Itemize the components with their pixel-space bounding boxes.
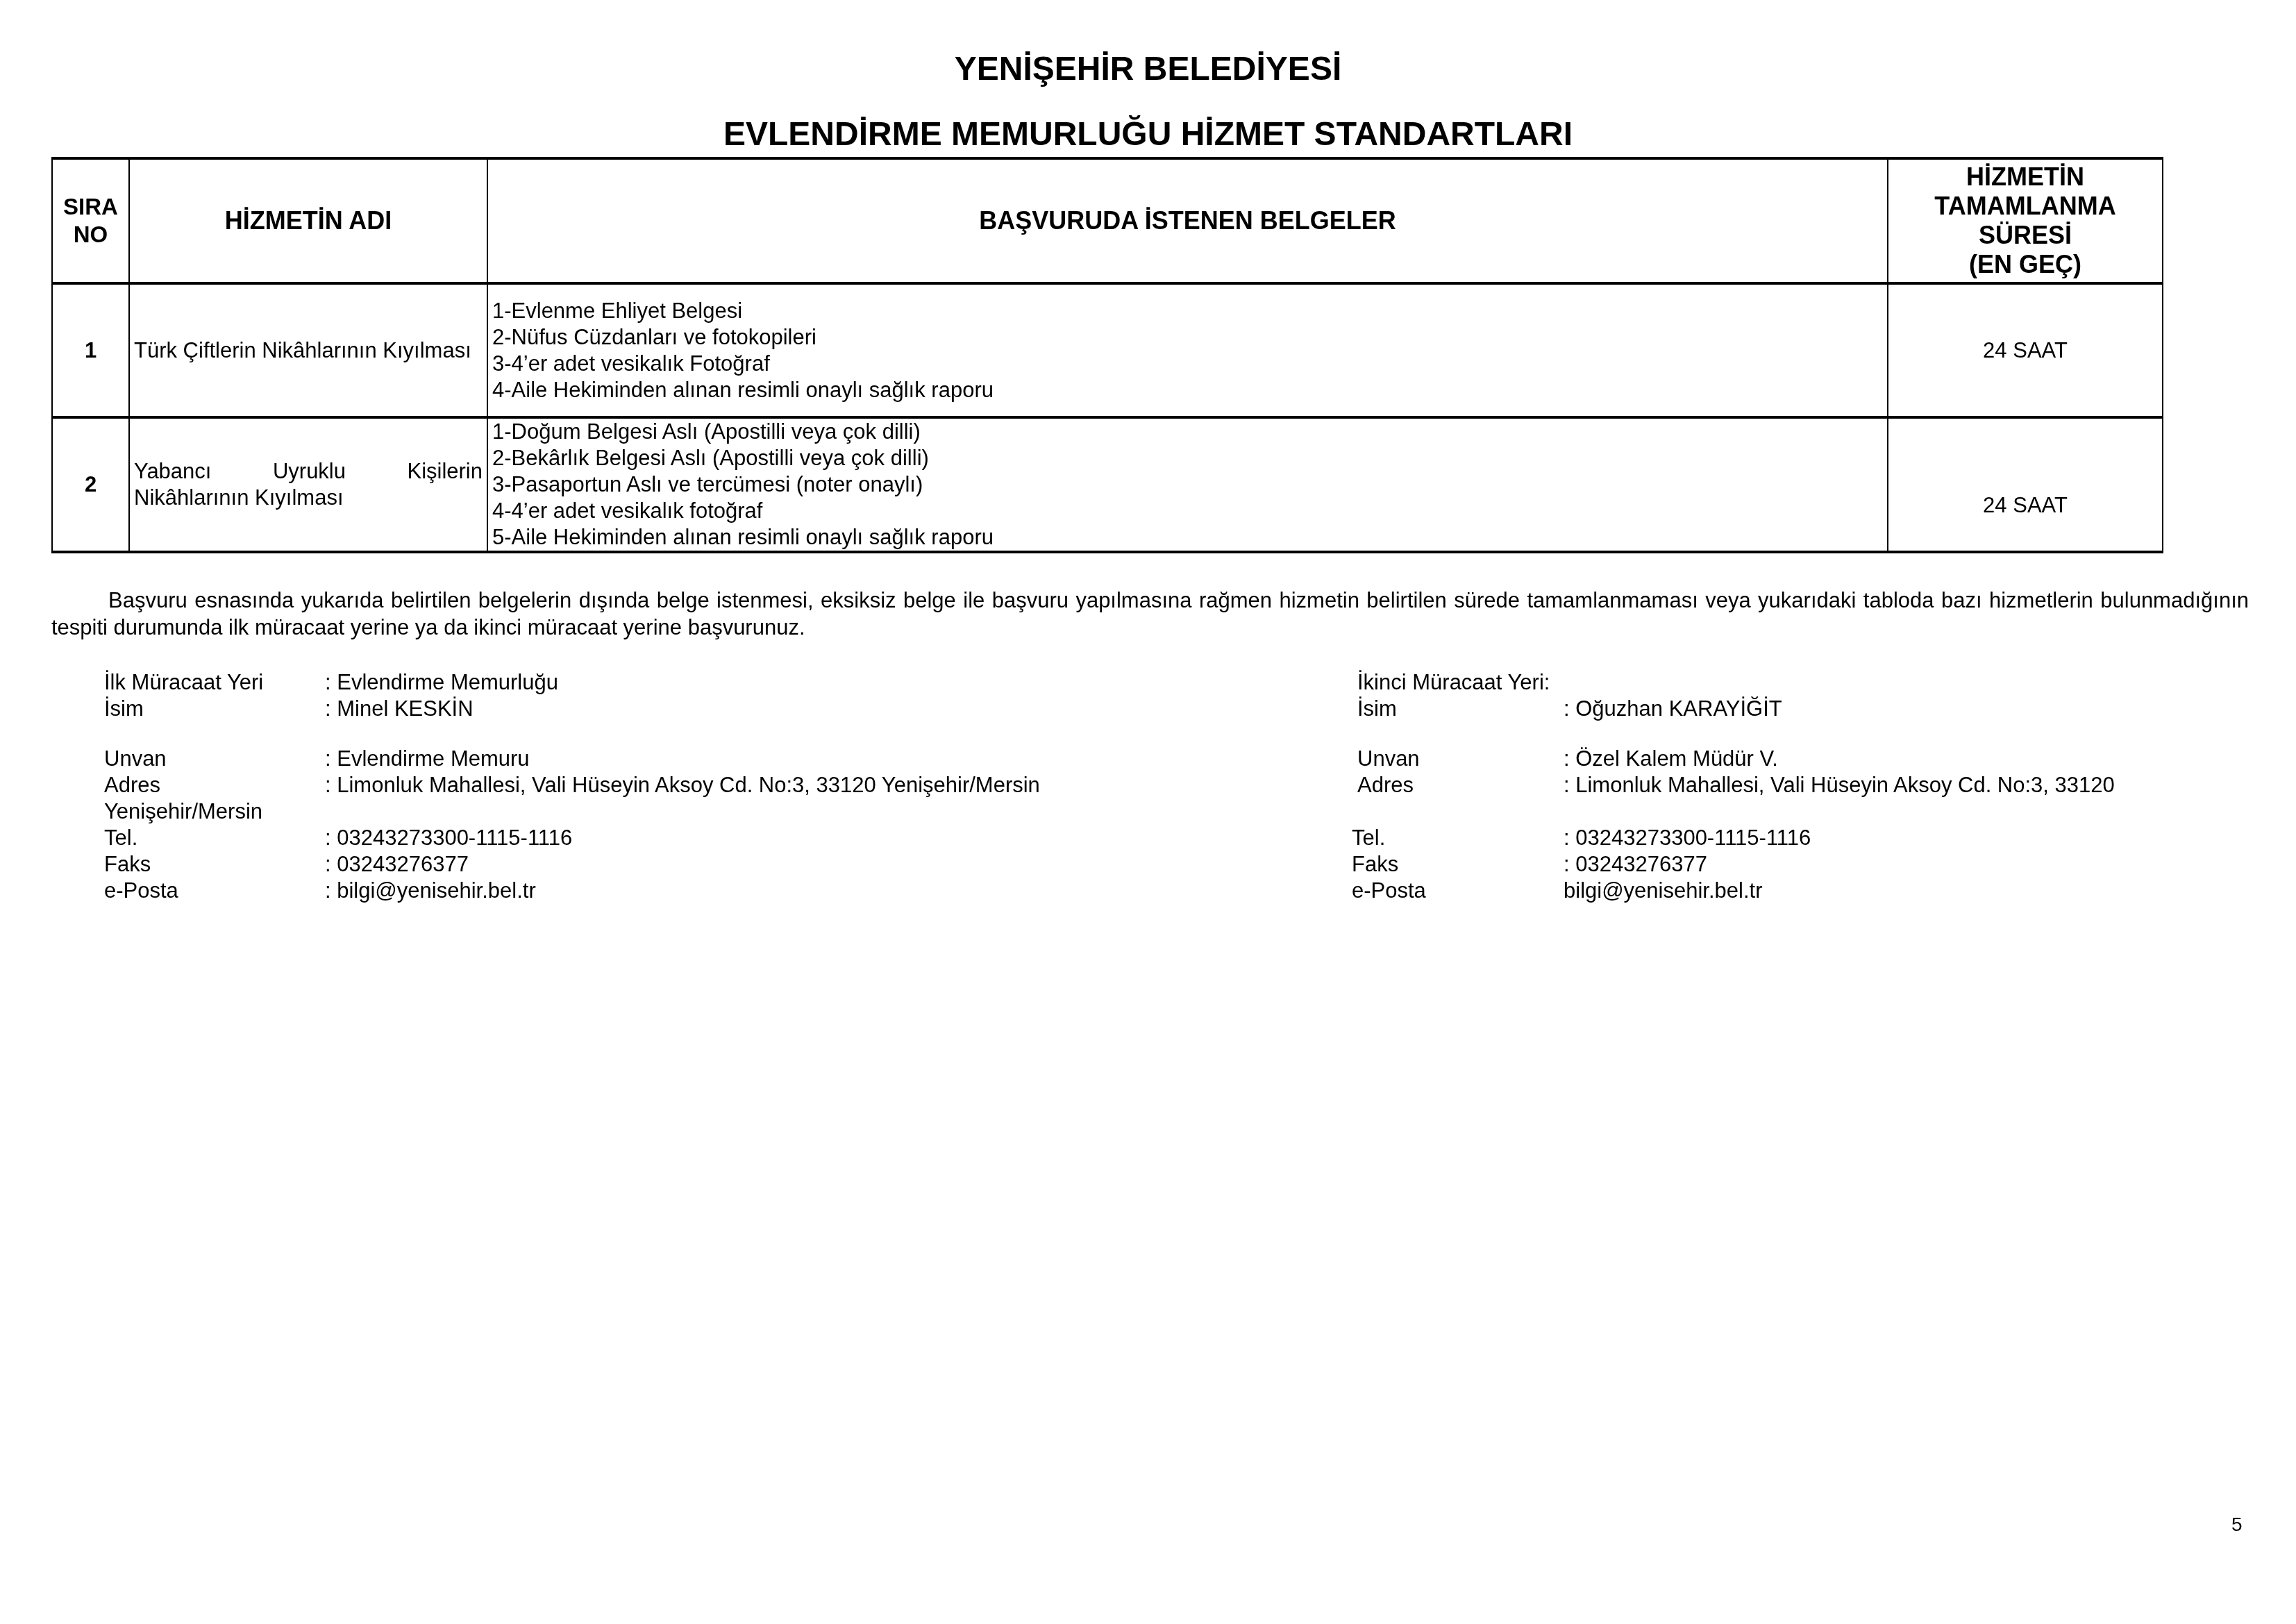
row-number: 1 bbox=[52, 283, 129, 417]
column-header-sira-no: SIRA NO bbox=[52, 158, 129, 283]
first-contact-name: : Minel KESKİN bbox=[325, 696, 474, 722]
header-line: SÜRESİ bbox=[1893, 221, 2158, 250]
first-contact-fax: : 03243276377 bbox=[325, 851, 469, 878]
document-item: 2-Bekârlık Belgesi Aslı (Apostilli veya … bbox=[492, 445, 1883, 471]
document-item: 3-4’er adet vesikalık Fotoğraf bbox=[492, 351, 1883, 377]
completion-duration: 24 SAAT bbox=[1888, 417, 2163, 552]
label: Faks bbox=[104, 851, 151, 878]
second-contact-email[interactable]: bilgi@yenisehir.bel.tr bbox=[1564, 878, 1763, 904]
required-documents: 1-Evlenme Ehliyet Belgesi 2-Nüfus Cüzdan… bbox=[487, 283, 1888, 417]
header-line: HİZMETİN bbox=[1893, 162, 2158, 192]
document-item: 1-Doğum Belgesi Aslı (Apostilli veya çok… bbox=[492, 419, 1883, 445]
header-line: (EN GEÇ) bbox=[1893, 250, 2158, 279]
document-item: 3-Pasaportun Aslı ve tercümesi (noter on… bbox=[492, 471, 1883, 498]
table-row: 2 Yabancı Uyruklu Kişilerin Nikâhlarının… bbox=[52, 417, 2163, 552]
label: Unvan bbox=[104, 746, 167, 772]
service-standards-table: SIRA NO HİZMETİN ADI BAŞVURUDA İSTENEN B… bbox=[51, 157, 2163, 553]
document-item: 4-4’er adet vesikalık fotoğraf bbox=[492, 498, 1883, 524]
first-contact-title: : Evlendirme Memuru bbox=[325, 746, 530, 772]
label: Adres bbox=[1357, 772, 1414, 798]
address-continuation: Yenişehir/Mersin bbox=[104, 798, 262, 825]
label: İlk Müracaat Yeri bbox=[104, 669, 263, 696]
second-contact-title: : Özel Kalem Müdür V. bbox=[1564, 746, 1778, 772]
second-contact-address: : Limonluk Mahallesi, Vali Hüseyin Aksoy… bbox=[1564, 772, 2115, 798]
completion-duration: 24 SAAT bbox=[1888, 283, 2163, 417]
header-line: NO bbox=[57, 221, 124, 249]
label: Adres bbox=[104, 772, 160, 798]
first-contact-tel: : 03243273300-1115-1116 bbox=[325, 825, 572, 851]
document-item: 2-Nüfus Cüzdanları ve fotokopileri bbox=[492, 324, 1883, 351]
document-subtitle: EVLENDİRME MEMURLUĞU HİZMET STANDARTLARI bbox=[0, 115, 2296, 153]
label: İsim bbox=[1357, 696, 1397, 722]
second-contact-tel: : 03243273300-1115-1116 bbox=[1564, 825, 1811, 851]
first-contact-email[interactable]: : bilgi@yenisehir.bel.tr bbox=[325, 878, 536, 904]
second-contact-name: : Oğuzhan KARAYİĞİT bbox=[1564, 696, 1782, 722]
header-line: TAMAMLANMA bbox=[1893, 192, 2158, 221]
document-item: 5-Aile Hekiminden alınan resimli onaylı … bbox=[492, 524, 1883, 551]
page-number: 5 bbox=[2231, 1514, 2243, 1536]
label: İsim bbox=[104, 696, 144, 722]
document-title: YENİŞEHİR BELEDİYESİ bbox=[0, 50, 2296, 88]
service-name: Türk Çiftlerin Nikâhlarının Kıyılması bbox=[129, 283, 487, 417]
label: İkinci Müracaat Yeri: bbox=[1357, 669, 1550, 696]
row-number: 2 bbox=[52, 417, 129, 552]
first-contact-place: : Evlendirme Memurluğu bbox=[325, 669, 558, 696]
label: e-Posta bbox=[104, 878, 178, 904]
label: Tel. bbox=[1352, 825, 1385, 851]
column-header-duration: HİZMETİN TAMAMLANMA SÜRESİ (EN GEÇ) bbox=[1888, 158, 2163, 283]
header-line: SIRA bbox=[57, 193, 124, 221]
first-contact-block: İlk Müracaat Yeri: Evlendirme Memurluğu … bbox=[104, 669, 1284, 904]
label: Unvan bbox=[1357, 746, 1420, 772]
first-contact-address: : Limonluk Mahallesi, Vali Hüseyin Aksoy… bbox=[325, 772, 1040, 798]
column-header-service-name: HİZMETİN ADI bbox=[129, 158, 487, 283]
document-item: 4-Aile Hekiminden alınan resimli onaylı … bbox=[492, 377, 1883, 403]
document-item: 1-Evlenme Ehliyet Belgesi bbox=[492, 298, 1883, 324]
label: Tel. bbox=[104, 825, 137, 851]
second-contact-fax: : 03243276377 bbox=[1564, 851, 1707, 878]
second-contact-block: İkinci Müracaat Yeri: İsim: Oğuzhan KARA… bbox=[1357, 669, 2260, 904]
label: Faks bbox=[1352, 851, 1398, 878]
label: e-Posta bbox=[1352, 878, 1426, 904]
table-header-row: SIRA NO HİZMETİN ADI BAŞVURUDA İSTENEN B… bbox=[52, 158, 2163, 283]
service-name: Yabancı Uyruklu Kişilerin Nikâhlarının K… bbox=[129, 417, 487, 552]
table-row: 1 Türk Çiftlerin Nikâhlarının Kıyılması … bbox=[52, 283, 2163, 417]
application-note: Başvuru esnasında yukarıda belirtilen be… bbox=[51, 587, 2249, 641]
column-header-documents: BAŞVURUDA İSTENEN BELGELER bbox=[487, 158, 1888, 283]
required-documents: 1-Doğum Belgesi Aslı (Apostilli veya çok… bbox=[487, 417, 1888, 552]
